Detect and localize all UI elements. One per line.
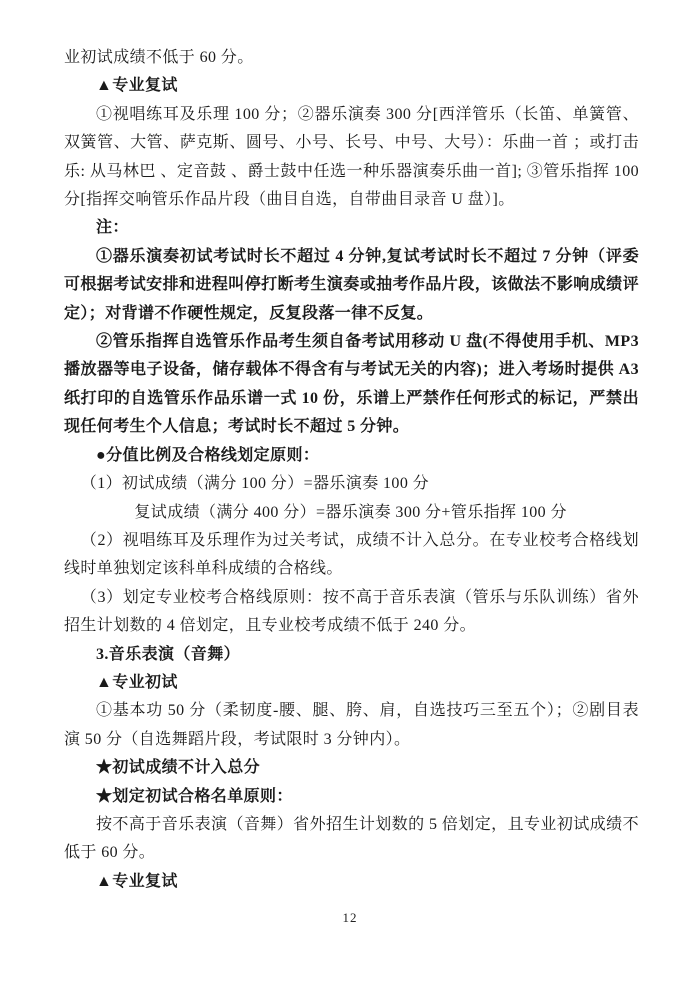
para-passline-principle: （3）划定专业校考合格线原则：按不高于音乐表演（管乐与乐队训练）省外招生计划数的… [64,584,639,641]
para-initial-test-subjects: ①基本功 50 分（柔韧度-腰、腿、胯、肩，自选技巧三至五个）；②剧目表演 50… [64,697,639,754]
page-number: 12 [0,910,700,926]
note-label: 注： [64,214,639,242]
star-initial-score-not-counted: ★初试成绩不计入总分 [64,754,639,782]
document-page: 业初试成绩不低于 60 分。 ▲专业复试 ①视唱练耳及乐理 100 分；②器乐演… [0,0,700,990]
para-retest-score-formula: 复试成绩（满分 400 分）=器乐演奏 300 分+管乐指挥 100 分 [64,499,639,527]
para-continuation-initial-score: 业初试成绩不低于 60 分。 [64,44,639,72]
document-body: 业初试成绩不低于 60 分。 ▲专业复试 ①视唱练耳及乐理 100 分；②器乐演… [64,44,639,896]
star-passlist-principle-heading: ★划定初试合格名单原则： [64,783,639,811]
heading-professional-retest-2: ▲专业复试 [64,868,639,896]
para-retest-subjects: ①视唱练耳及乐理 100 分；②器乐演奏 300 分[西洋管乐（长笛、单簧管、双… [64,101,639,215]
note-1-duration-rules: ①器乐演奏初试考试时长不超过 4 分钟,复试考试时长不超过 7 分钟（评委可根据… [64,243,639,328]
heading-professional-retest: ▲专业复试 [64,72,639,100]
para-ear-training-pass-exam: （2）视唱练耳及乐理作为过关考试，成绩不计入总分。在专业校考合格线划线时单独划定… [64,527,639,584]
para-passlist-detail: 按不高于音乐表演（音舞）省外招生计划数的 5 倍划定，且专业初试成绩不低于 60… [64,811,639,868]
heading-music-performance-dance: 3.音乐表演（音舞） [64,641,639,669]
note-2-usb-score-rules: ②管乐指挥自选管乐作品考生须自备考试用移动 U 盘(不得使用手机、MP3 播放器… [64,328,639,442]
heading-score-ratio-principles: ●分值比例及合格线划定原则： [64,442,639,470]
para-initial-score-formula: （1）初试成绩（满分 100 分）=器乐演奏 100 分 [64,470,639,498]
heading-professional-initial-test: ▲专业初试 [64,669,639,697]
